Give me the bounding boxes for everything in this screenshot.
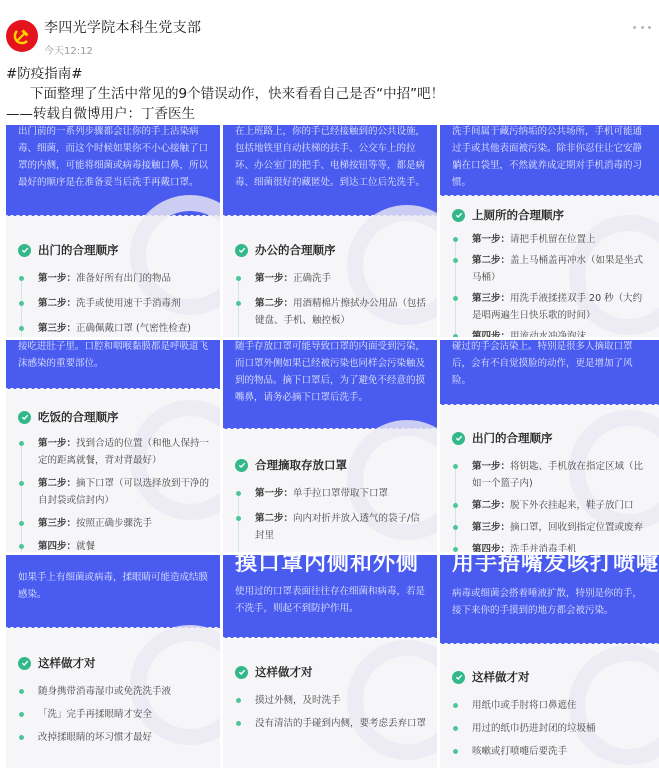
blue-explanation: 洗手间属于藏污纳垢的公共场所，手机可能通过手或其他表面被污染。除非你忍住让它安静… bbox=[440, 125, 659, 195]
section: 这样做才对 随身携带消毒湿巾或免洗洗手液 「洗」完手再揉眼睛才安全 改掉揉眼睛的… bbox=[18, 653, 210, 752]
step-item: 第二步：脱下外衣挂起来，鞋子放门口 bbox=[472, 497, 649, 514]
step-item: 第二步：摘下口罩（可以选择放到干净的自封袋或信封内） bbox=[38, 475, 210, 509]
section-title-text: 办公的合理顺序 bbox=[255, 242, 336, 258]
grid-divider bbox=[437, 125, 440, 768]
tip-item: 没有清洁的手碰到内侧，要考虑丢弃口罩 bbox=[255, 715, 427, 732]
image-grid: 出门前的一系列步骤都会让你的手上沾染病毒、细菌，而这个时候如果你不小心接触了口罩… bbox=[6, 125, 659, 768]
explanation-text: 洗手间属于藏污纳垢的公共场所，手机可能通过手或其他表面被污染。除非你忍住让它安静… bbox=[452, 125, 647, 191]
grid-divider bbox=[6, 552, 659, 555]
step-item: 第二步：向内对折并放入透气的袋子/信封里 bbox=[255, 510, 427, 544]
post-header: 李四光学院本科生党支部 今天12:12 bbox=[0, 0, 659, 62]
step-item: 第三步：用洗手液揉搓双手 20 秒（大约是唱两遍生日快乐歌的时间） bbox=[472, 290, 649, 324]
explanation-text: 随手存放口罩可能导致口罩的内面受到污染，而口罩外侧如果已经被污染也同样会污染触及… bbox=[235, 340, 425, 406]
explanation-text: 在上班路上，你的手已经接触到的公共设施，包括地铁里自动扶梯的扶手、公交车上的拉环… bbox=[235, 125, 425, 191]
post-line-2: ——转载自微博用户：丁香医生 bbox=[6, 104, 656, 124]
section-title-text: 这样做才对 bbox=[472, 669, 530, 685]
explanation-text: 如果手上有细菌或病毒，揉眼睛可能造成结膜感染。 bbox=[18, 569, 208, 603]
section: 吃饭的合理顺序 第一步：找到合适的位置（和他人保持一定的距离就餐，背对背最好） … bbox=[18, 407, 210, 552]
step-list: 第一步：单手拉口罩带取下口罩 第二步：向内对折并放入透气的袋子/信封里 第三步：… bbox=[235, 485, 427, 552]
step-item: 第三步：按照正确步骤洗手 bbox=[38, 515, 210, 532]
tip-item: 用纸巾或手肘将口鼻遮住 bbox=[472, 697, 649, 714]
explanation-text: 碰过的手会沾染上。特别是很多人摘取口罩后，会有不自觉摸脸的动作，更是增加了风险。 bbox=[452, 340, 647, 389]
post-hashtag[interactable]: #防疫指南# bbox=[6, 64, 656, 84]
step-item: 第一步：将钥匙、手机放在指定区域（比如一个篮子内) bbox=[472, 458, 649, 492]
explanation-text: 出门前的一系列步骤都会让你的手上沾染病毒、细菌，而这个时候如果你不小心接触了口罩… bbox=[18, 125, 208, 191]
tip-item: 摸过外侧，及时洗手 bbox=[255, 692, 427, 709]
tip-list: 随身携带消毒湿巾或免洗洗手液 「洗」完手再揉眼睛才安全 改掉揉眼睛的坏习惯才最好 bbox=[18, 683, 210, 746]
check-circle-icon bbox=[235, 244, 248, 257]
section-title: 出门的合理顺序 bbox=[452, 428, 649, 448]
section-title-text: 这样做才对 bbox=[38, 655, 96, 671]
step-item: 第一步：找到合适的位置（和他人保持一定的距离就餐，背对背最好） bbox=[38, 435, 210, 469]
headline: 摸口罩内侧和外侧 bbox=[235, 555, 425, 577]
step-item: 第四步：洗手并消毒手机 bbox=[472, 541, 649, 552]
tip-list: 用纸巾或手肘将口鼻遮住 用过的纸巾扔进封闭的垃圾桶 咳嗽或打喷嚏后要洗手 bbox=[452, 697, 649, 760]
blue-explanation: 摸口罩内侧和外侧 使用过的口罩表面往往存在细菌和病毒，若是不洗手，则起不到防护作… bbox=[223, 555, 437, 637]
step-list: 第一步：找到合适的位置（和他人保持一定的距离就餐，背对背最好） 第二步：摘下口罩… bbox=[18, 435, 210, 552]
check-circle-icon bbox=[452, 432, 465, 445]
step-list: 第一步：准备好所有出门的物品 第二步：洗手或使用速干手消毒剂 第三步：正确佩戴口… bbox=[18, 270, 210, 337]
hammer-sickle-icon bbox=[12, 26, 32, 46]
check-circle-icon bbox=[18, 411, 31, 424]
explanation-text: 使用过的口罩表面往往存在细菌和病毒，若是不洗手，则起不到防护作用。 bbox=[235, 583, 425, 617]
section-title: 出门的合理顺序 bbox=[18, 240, 210, 260]
tip-item: 改掉揉眼睛的坏习惯才最好 bbox=[38, 729, 210, 746]
blue-explanation: 碰过的手会沾染上。特别是很多人摘取口罩后，会有不自觉摸脸的动作，更是增加了风险。 bbox=[440, 340, 659, 404]
tip-item: 咳嗽或打喷嚏后要洗手 bbox=[472, 743, 649, 760]
section: 出门的合理顺序 第一步：将钥匙、手机放在指定区域（比如一个篮子内) 第二步：脱下… bbox=[452, 428, 649, 552]
step-item: 第一步：请把手机留在位置上 bbox=[472, 231, 649, 248]
step-list: 第一步：正确洗手 第二步：用酒精棉片擦拭办公用品（包括键盘、手机、触控板） 第三… bbox=[235, 270, 427, 337]
step-item: 第二步：盖上马桶盖再冲水（如果是坐式马桶） bbox=[472, 252, 649, 286]
section: 这样做才对 摸过外侧，及时洗手 没有清洁的手碰到内侧，要考虑丢弃口罩 bbox=[235, 662, 427, 738]
blue-explanation: 如果手上有细菌或病毒，揉眼睛可能造成结膜感染。 bbox=[6, 555, 220, 627]
check-circle-icon bbox=[452, 671, 465, 684]
blue-explanation: 用手捂嘴发咳打喷嚏 病毒或细菌会搭着唾液扩散，特别是你的手，接下来你的手摸到的地… bbox=[440, 555, 659, 643]
section: 上厕所的合理顺序 第一步：请把手机留在位置上 第二步：盖上马桶盖再冲水（如果是坐… bbox=[452, 205, 649, 337]
section-title-text: 吃饭的合理顺序 bbox=[38, 409, 119, 425]
blue-explanation: 接吃进肚子里。口腔和咽喉黏膜都是呼吸道飞沫感染的重要部位。 bbox=[6, 340, 220, 388]
grid-image-3[interactable]: 洗手间属于藏污纳垢的公共场所，手机可能通过手或其他表面被污染。除非你忍住让它安静… bbox=[440, 125, 659, 337]
section-title-text: 上厕所的合理顺序 bbox=[472, 207, 564, 223]
post-line-1: 下面整理了生活中常见的9个错误动作，快来看看自己是否“中招”吧！ bbox=[6, 84, 656, 104]
section-title: 上厕所的合理顺序 bbox=[452, 205, 649, 225]
step-item: 第三步：摘口罩，回收到指定位置或废弃 bbox=[472, 519, 649, 536]
section: 办公的合理顺序 第一步：正确洗手 第二步：用酒精棉片擦拭办公用品（包括键盘、手机… bbox=[235, 240, 427, 337]
grid-image-6[interactable]: 碰过的手会沾染上。特别是很多人摘取口罩后，会有不自觉摸脸的动作，更是增加了风险。… bbox=[440, 340, 659, 552]
section-title-text: 这样做才对 bbox=[255, 664, 313, 680]
step-item: 第四步：用流动水冲净泡沫 bbox=[472, 328, 649, 337]
section: 合理摘取存放口罩 第一步：单手拉口罩带取下口罩 第二步：向内对折并放入透气的袋子… bbox=[235, 455, 427, 552]
step-item: 第二步：洗手或使用速干手消毒剂 bbox=[38, 295, 210, 312]
grid-divider bbox=[6, 337, 659, 340]
grid-image-4[interactable]: 接吃进肚子里。口腔和咽喉黏膜都是呼吸道飞沫感染的重要部位。 吃饭的合理顺序 第一… bbox=[6, 340, 220, 552]
section-title: 这样做才对 bbox=[235, 662, 427, 682]
check-circle-icon bbox=[18, 657, 31, 670]
section-title: 合理摘取存放口罩 bbox=[235, 455, 427, 475]
section-title: 办公的合理顺序 bbox=[235, 240, 427, 260]
step-list: 第一步：将钥匙、手机放在指定区域（比如一个篮子内) 第二步：脱下外衣挂起来，鞋子… bbox=[452, 458, 649, 552]
grid-image-1[interactable]: 出门前的一系列步骤都会让你的手上沾染病毒、细菌，而这个时候如果你不小心接触了口罩… bbox=[6, 125, 220, 337]
section-title-text: 出门的合理顺序 bbox=[472, 430, 553, 446]
section-title: 这样做才对 bbox=[452, 667, 649, 687]
blue-explanation: 随手存放口罩可能导致口罩的内面受到污染，而口罩外侧如果已经被污染也同样会污染触及… bbox=[223, 340, 437, 428]
grid-divider bbox=[220, 125, 223, 768]
section: 这样做才对 用纸巾或手肘将口鼻遮住 用过的纸巾扔进封闭的垃圾桶 咳嗽或打喷嚏后要… bbox=[452, 667, 649, 766]
tip-list: 摸过外侧，及时洗手 没有清洁的手碰到内侧，要考虑丢弃口罩 bbox=[235, 692, 427, 732]
tip-item: 「洗」完手再揉眼睛才安全 bbox=[38, 706, 210, 723]
section-title-text: 出门的合理顺序 bbox=[38, 242, 119, 258]
section-title-text: 合理摘取存放口罩 bbox=[255, 457, 347, 473]
step-list: 第一步：请把手机留在位置上 第二步：盖上马桶盖再冲水（如果是坐式马桶） 第三步：… bbox=[452, 231, 649, 337]
avatar[interactable] bbox=[6, 20, 38, 52]
check-circle-icon bbox=[18, 244, 31, 257]
section: 出门的合理顺序 第一步：准备好所有出门的物品 第二步：洗手或使用速干手消毒剂 第… bbox=[18, 240, 210, 337]
step-item: 第一步：正确洗手 bbox=[255, 270, 427, 287]
grid-image-8[interactable]: 摸口罩内侧和外侧 使用过的口罩表面往往存在细菌和病毒，若是不洗手，则起不到防护作… bbox=[223, 555, 437, 768]
post-time: 今天12:12 bbox=[44, 42, 93, 57]
check-circle-icon bbox=[452, 209, 465, 222]
explanation-text: 接吃进肚子里。口腔和咽喉黏膜都是呼吸道飞沫感染的重要部位。 bbox=[18, 340, 208, 372]
headline: 用手捂嘴发咳打喷嚏 bbox=[452, 555, 647, 577]
grid-image-7[interactable]: 如果手上有细菌或病毒，揉眼睛可能造成结膜感染。 这样做才对 随身携带消毒湿巾或免… bbox=[6, 555, 220, 768]
section-title: 吃饭的合理顺序 bbox=[18, 407, 210, 427]
step-item: 第四步：就餐 bbox=[38, 538, 210, 552]
grid-image-9[interactable]: 用手捂嘴发咳打喷嚏 病毒或细菌会搭着唾液扩散，特别是你的手，接下来你的手摸到的地… bbox=[440, 555, 659, 768]
more-dots-icon[interactable] bbox=[633, 22, 651, 32]
grid-image-5[interactable]: 随手存放口罩可能导致口罩的内面受到污染，而口罩外侧如果已经被污染也同样会污染触及… bbox=[223, 340, 437, 552]
tip-item: 随身携带消毒湿巾或免洗洗手液 bbox=[38, 683, 210, 700]
tip-item: 用过的纸巾扔进封闭的垃圾桶 bbox=[472, 720, 649, 737]
step-item: 第一步：单手拉口罩带取下口罩 bbox=[255, 485, 427, 502]
check-circle-icon bbox=[235, 666, 248, 679]
step-item: 第三步：正确佩戴口罩 (气密性检查) bbox=[38, 320, 210, 337]
step-item: 第二步：用酒精棉片擦拭办公用品（包括键盘、手机、触控板） bbox=[255, 295, 427, 329]
explanation-text: 病毒或细菌会搭着唾液扩散，特别是你的手，接下来你的手摸到的地方都会被污染。 bbox=[452, 585, 647, 619]
check-circle-icon bbox=[235, 459, 248, 472]
section-title: 这样做才对 bbox=[18, 653, 210, 673]
grid-image-2[interactable]: 在上班路上，你的手已经接触到的公共设施，包括地铁里自动扶梯的扶手、公交车上的拉环… bbox=[223, 125, 437, 337]
account-name[interactable]: 李四光学院本科生党支部 bbox=[44, 17, 201, 37]
blue-explanation: 在上班路上，你的手已经接触到的公共设施，包括地铁里自动扶梯的扶手、公交车上的拉环… bbox=[223, 125, 437, 215]
step-item: 第一步：准备好所有出门的物品 bbox=[38, 270, 210, 287]
post-text: #防疫指南# 下面整理了生活中常见的9个错误动作，快来看看自己是否“中招”吧！ … bbox=[6, 64, 656, 124]
